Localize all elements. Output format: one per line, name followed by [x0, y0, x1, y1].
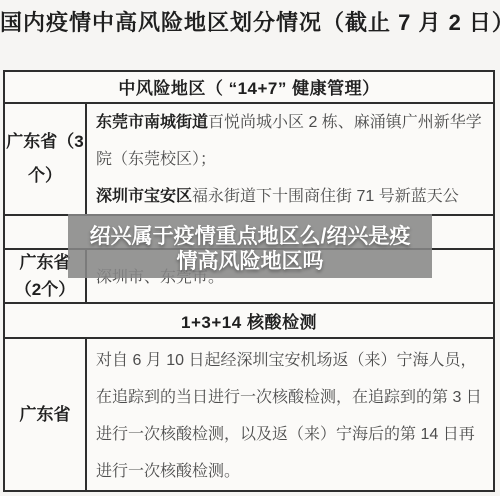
table-row-guangdong-3: 广东省（3 个） 东莞市南城街道百悦尚城小区 2 栋、麻涌镇广州新华学院（东莞校…: [5, 104, 493, 216]
section-header-nucleic-acid: 1+3+14 核酸检测: [5, 304, 493, 339]
caption-text: 绍兴属于疫情重点地区么/绍兴是疫情高风险地区吗: [80, 224, 420, 274]
table-row-guangdong-test: 广东省 对自 6 月 10 日起经深圳宝安机场返（来）宁海人员，在追踪到的当日进…: [5, 339, 493, 490]
province-cell: 广东省（3 个）: [5, 104, 87, 214]
area-item: 深圳市宝安区福永街道下十围商住街 71 号新蓝天公寓。: [96, 178, 487, 214]
area-detail-cell: 东莞市南城街道百悦尚城小区 2 栋、麻涌镇广州新华学院（东莞校区）； 深圳市宝安…: [87, 104, 493, 214]
area-item: 东莞市南城街道百悦尚城小区 2 栋、麻涌镇广州新华学院（东莞校区）；: [96, 104, 487, 178]
section-header-medium-risk: 中风险地区（ “14+7” 健康管理）: [5, 72, 493, 104]
policy-detail-cell: 对自 6 月 10 日起经深圳宝安机场返（来）宁海人员，在追踪到的当日进行一次核…: [87, 339, 493, 490]
province-cell: 广东省: [5, 339, 87, 490]
page-title: 国内疫情中高风险地区划分情况（截止 7 月 2 日）: [0, 6, 500, 37]
risk-area-table: 中风险地区（ “14+7” 健康管理） 广东省（3 个） 东莞市南城街道百悦尚城…: [3, 70, 495, 492]
caption-overlay: 绍兴属于疫情重点地区么/绍兴是疫情高风险地区吗: [68, 214, 432, 278]
area-item-bold: 东莞市南城街道: [96, 114, 208, 131]
infographic-root: 国内疫情中高风险地区划分情况（截止 7 月 2 日） 中风险地区（ “14+7”…: [0, 0, 500, 496]
area-item-bold: 深圳市宝安区: [96, 188, 192, 205]
